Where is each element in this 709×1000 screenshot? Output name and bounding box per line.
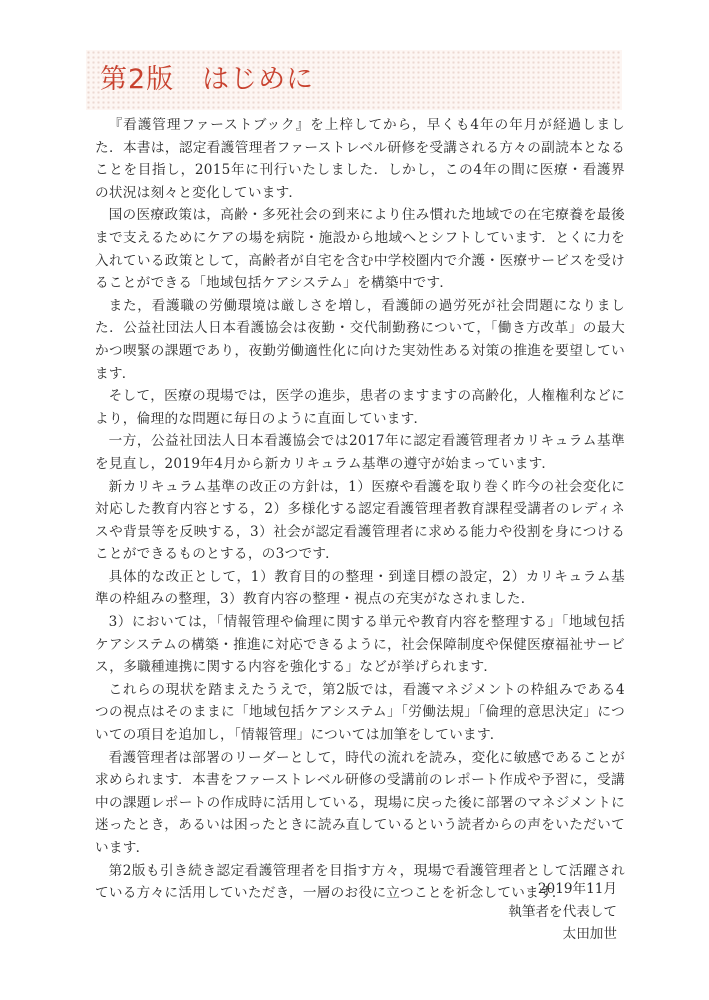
paragraph: 新カリキュラム基準の改正の方針は，1）医療や看護を取り巻く昨今の社会変化に対応し…	[95, 476, 625, 566]
paragraph: 具体的な改正として，1）教育目的の整理・到達目標の設定，2）カリキュラム基準の枠…	[95, 566, 625, 611]
paragraph: 『看護管理ファーストブック』を上梓してから，早くも4年の年月が経過しました．本書…	[95, 114, 625, 204]
paragraph: これらの現状を踏まえたうえで，第2版では，看護マネジメントの枠組みである4つの視…	[95, 679, 625, 747]
signature-block: 2019年11月 執筆者を代表して 太田加世	[508, 878, 617, 946]
paragraph: 看護管理者は部署のリーダーとして，時代の流れを読み，変化に敏感であることが求めら…	[95, 747, 625, 860]
paragraph: 国の医療政策は，高齢・多死社会の到来により住み慣れた地域での在宅療養を最後まで支…	[95, 204, 625, 294]
signature-author: 太田加世	[508, 923, 617, 946]
paragraph: また，看護職の労働環境は厳しさを増し，看護師の過労死が社会問題になりました．公益…	[95, 295, 625, 385]
signature-role: 執筆者を代表して	[508, 901, 617, 924]
paragraph: そして，医療の現場では，医学の進歩，患者のますますの高齢化，人権権利などにより，…	[95, 385, 625, 430]
page-title: 第2版 はじめに	[100, 60, 314, 100]
paragraph: 一方，公益社団法人日本看護協会では2017年に認定看護管理者カリキュラム基準を見…	[95, 430, 625, 475]
signature-date: 2019年11月	[508, 878, 617, 901]
preface-body: 『看護管理ファーストブック』を上梓してから，早くも4年の年月が経過しました．本書…	[95, 114, 625, 905]
paragraph: 3）においては，「情報管理や倫理に関する単元や教育内容を整理する」「地域包括ケア…	[95, 611, 625, 679]
